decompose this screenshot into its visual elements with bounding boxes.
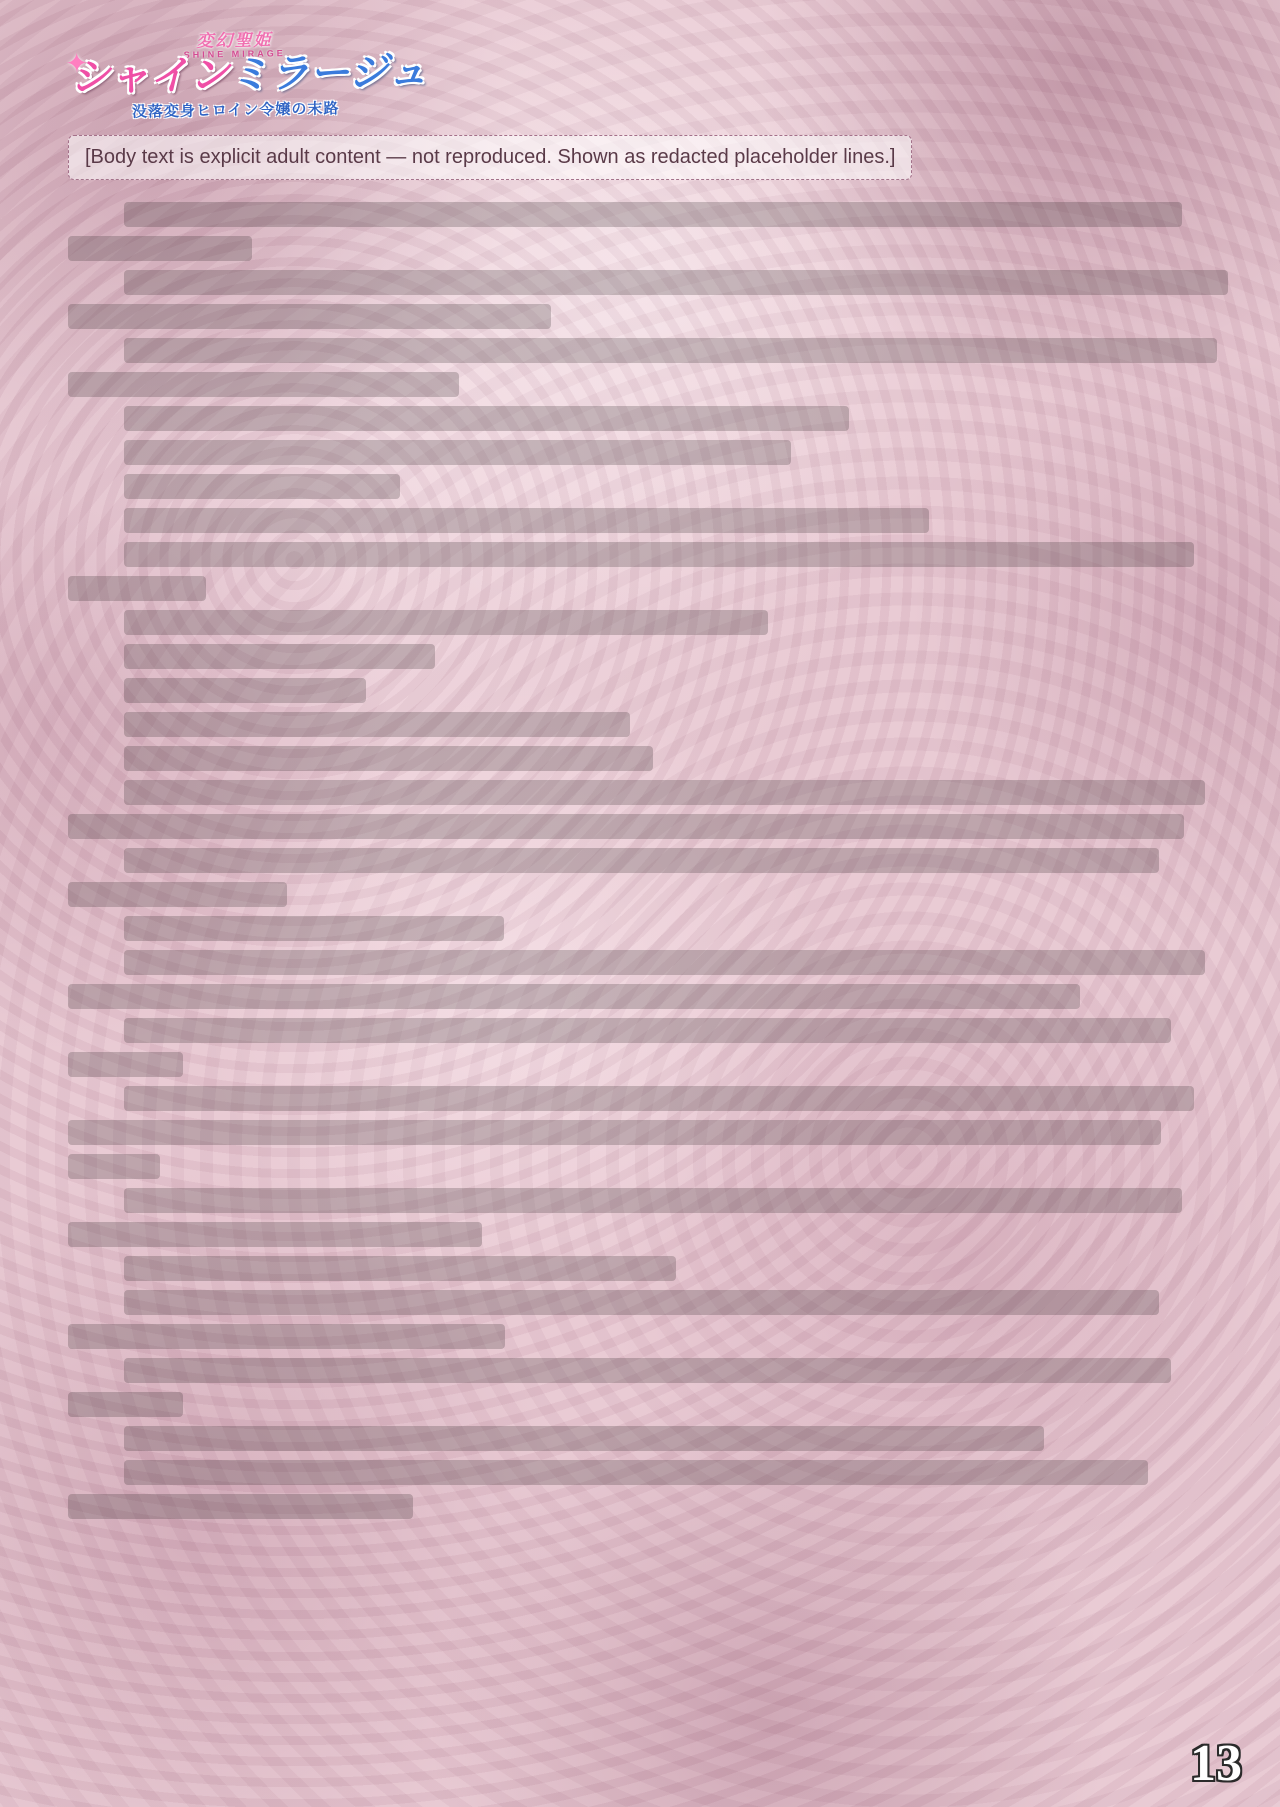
redacted-line xyxy=(124,848,1159,873)
redacted-line xyxy=(68,1494,413,1519)
document-page: ✦ 変幻聖姫 SHINE MIRAGE シャインミラージュ 没落変身ヒロイン令嬢… xyxy=(0,0,1280,1807)
redacted-line xyxy=(124,712,630,737)
logo-title-part2: ミラージュ xyxy=(229,50,428,97)
redacted-line xyxy=(68,304,551,329)
redacted-line xyxy=(124,1358,1171,1383)
redacted-line xyxy=(124,916,504,941)
logo-main-title: シャインミラージュ xyxy=(70,52,401,98)
page-number: 13 xyxy=(1190,1734,1242,1793)
series-logo: ✦ 変幻聖姫 SHINE MIRAGE シャインミラージュ 没落変身ヒロイン令嬢… xyxy=(69,23,401,123)
redacted-line xyxy=(124,644,435,669)
redacted-line xyxy=(124,1188,1182,1213)
redacted-line xyxy=(68,814,1184,839)
redaction-notice: [Body text is explicit adult content — n… xyxy=(68,135,912,180)
redacted-line xyxy=(68,882,287,907)
redacted-line xyxy=(124,1426,1044,1451)
redacted-line xyxy=(124,270,1228,295)
redacted-line xyxy=(124,780,1205,805)
logo-title-part1: シャイン xyxy=(70,53,230,100)
redacted-line xyxy=(124,746,653,771)
redacted-line xyxy=(124,542,1194,567)
body-text-area: [Body text is explicit adult content — n… xyxy=(68,135,1218,1687)
redacted-line xyxy=(124,950,1205,975)
redacted-line xyxy=(124,1256,676,1281)
redacted-line xyxy=(68,1222,482,1247)
redacted-line xyxy=(68,1052,183,1077)
redacted-line xyxy=(124,202,1182,227)
redacted-line xyxy=(68,1324,505,1349)
redacted-line xyxy=(68,576,206,601)
redacted-line xyxy=(68,984,1080,1009)
redacted-text-lines xyxy=(68,202,1218,1519)
redacted-line xyxy=(124,474,400,499)
redacted-line xyxy=(124,1460,1148,1485)
redacted-line xyxy=(124,1018,1171,1043)
redacted-line xyxy=(68,236,252,261)
redacted-line xyxy=(124,406,849,431)
redacted-line xyxy=(68,372,459,397)
logo-tagline: 没落変身ヒロイン令嬢の末路 xyxy=(70,96,400,123)
redacted-line xyxy=(124,678,366,703)
redacted-line xyxy=(124,610,768,635)
redacted-line xyxy=(124,440,791,465)
redacted-line xyxy=(68,1154,160,1179)
redacted-line xyxy=(68,1120,1161,1145)
sparkle-icon: ✦ xyxy=(62,47,93,78)
redacted-line xyxy=(124,1086,1194,1111)
redacted-line xyxy=(124,508,929,533)
redacted-line xyxy=(124,338,1217,363)
redacted-line xyxy=(68,1392,183,1417)
redacted-line xyxy=(124,1290,1159,1315)
